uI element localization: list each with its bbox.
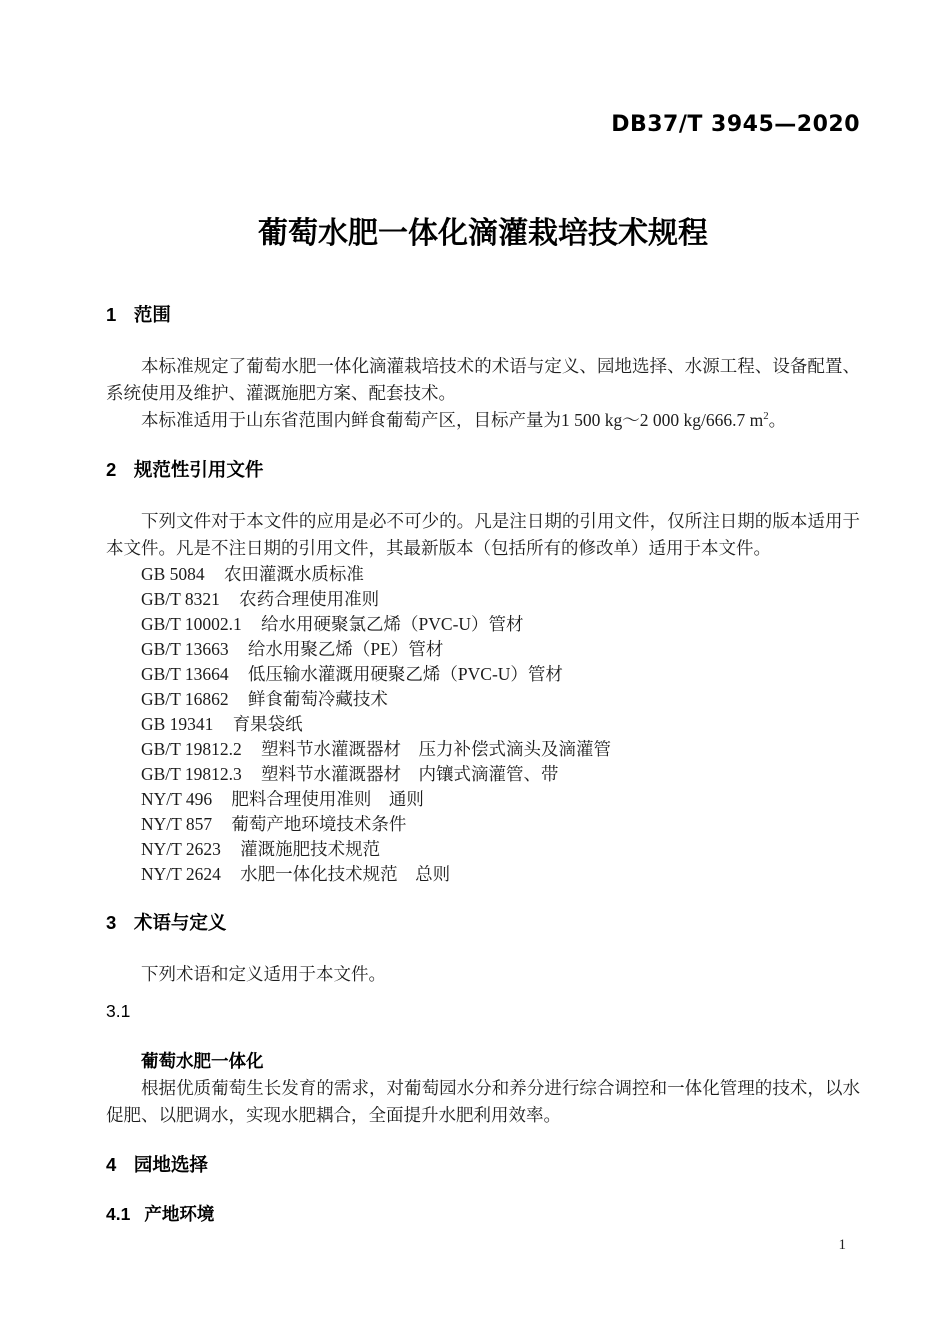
reference-code: GB/T 10002.1 xyxy=(141,614,242,634)
reference-item: GB/T 10002.1给水用硬聚氯乙烯（PVC-U）管材 xyxy=(106,612,860,637)
section-4-heading: 4园地选择 xyxy=(106,1153,860,1177)
scope-paragraph-2-text: 本标准适用于山东省范围内鲜食葡萄产区，目标产量为1 500 kg～2 000 k… xyxy=(141,410,763,430)
reference-item: GB/T 13664低压输水灌溉用硬聚乙烯（PVC-U）管材 xyxy=(106,662,860,687)
section-1-number: 1 xyxy=(106,304,116,325)
clause-3-1-number: 3.1 xyxy=(106,1000,860,1022)
reference-code: GB/T 13664 xyxy=(141,664,229,684)
section-4-number: 4 xyxy=(106,1154,116,1175)
page-content: DB37/T 3945—2020 葡萄水肥一体化滴灌栽培技术规程 1范围 本标准… xyxy=(0,0,950,1225)
section-1-heading: 1范围 xyxy=(106,303,860,327)
reference-item: GB/T 19812.2塑料节水灌溉器材 压力补偿式滴头及滴灌管 xyxy=(106,737,860,762)
reference-code: NY/T 2624 xyxy=(141,864,221,884)
reference-title: 给水用聚乙烯（PE）管材 xyxy=(248,639,443,659)
section-2-number: 2 xyxy=(106,459,116,480)
page-number: 1 xyxy=(839,1236,847,1254)
reference-title: 农田灌溉水质标准 xyxy=(224,564,364,584)
reference-code: GB/T 8321 xyxy=(141,589,220,609)
document-page: DB37/T 3945—2020 葡萄水肥一体化滴灌栽培技术规程 1范围 本标准… xyxy=(0,0,950,1344)
reference-item: GB/T 19812.3塑料节水灌溉器材 内镶式滴灌管、带 xyxy=(106,762,860,787)
reference-title: 葡萄产地环境技术条件 xyxy=(231,814,406,834)
document-title: 葡萄水肥一体化滴灌栽培技术规程 xyxy=(106,215,860,253)
reference-code: GB 5084 xyxy=(141,564,205,584)
section-4-label: 园地选择 xyxy=(134,1154,208,1175)
reference-title: 低压输水灌溉用硬聚乙烯（PVC-U）管材 xyxy=(248,664,563,684)
reference-item: GB 19341育果袋纸 xyxy=(106,712,860,737)
section-3-heading: 3术语与定义 xyxy=(106,911,860,935)
section-2-heading: 2规范性引用文件 xyxy=(106,458,860,482)
clause-4-1-heading: 4.1产地环境 xyxy=(106,1203,860,1225)
reference-code: GB 19341 xyxy=(141,714,213,734)
standard-code: DB37/T 3945—2020 xyxy=(106,0,860,139)
scope-paragraph-2: 本标准适用于山东省范围内鲜食葡萄产区，目标产量为1 500 kg～2 000 k… xyxy=(106,407,860,434)
terms-intro: 下列术语和定义适用于本文件。 xyxy=(106,961,860,988)
reference-item: NY/T 2624水肥一体化技术规范 总则 xyxy=(106,862,860,887)
reference-item: GB/T 13663给水用聚乙烯（PE）管材 xyxy=(106,637,860,662)
reference-title: 塑料节水灌溉器材 压力补偿式滴头及滴灌管 xyxy=(261,739,611,759)
reference-item: NY/T 496肥料合理使用准则 通则 xyxy=(106,787,860,812)
reference-item: NY/T 2623灌溉施肥技术规范 xyxy=(106,837,860,862)
reference-title: 农药合理使用准则 xyxy=(239,589,379,609)
scope-paragraph-2-end: 。 xyxy=(769,410,787,430)
term-definition: 根据优质葡萄生长发育的需求，对葡萄园水分和养分进行综合调控和一体化管理的技术，以… xyxy=(106,1075,860,1129)
clause-4-1-number: 4.1 xyxy=(106,1204,130,1224)
reference-code: NY/T 2623 xyxy=(141,839,221,859)
reference-code: GB/T 16862 xyxy=(141,689,229,709)
reference-item: NY/T 857葡萄产地环境技术条件 xyxy=(106,812,860,837)
reference-title: 鲜食葡萄冷藏技术 xyxy=(248,689,388,709)
clause-4-1-label: 产地环境 xyxy=(144,1204,214,1224)
reference-title: 灌溉施肥技术规范 xyxy=(240,839,380,859)
reference-item: GB/T 16862鲜食葡萄冷藏技术 xyxy=(106,687,860,712)
reference-title: 育果袋纸 xyxy=(233,714,303,734)
reference-item: GB/T 8321农药合理使用准则 xyxy=(106,587,860,612)
references-intro: 下列文件对于本文件的应用是必不可少的。凡是注日期的引用文件，仅所注日期的版本适用… xyxy=(106,508,860,562)
section-3-label: 术语与定义 xyxy=(134,912,227,933)
section-3-number: 3 xyxy=(106,912,116,933)
reference-code: NY/T 496 xyxy=(141,789,212,809)
reference-code: GB/T 19812.2 xyxy=(141,739,242,759)
reference-code: GB/T 19812.3 xyxy=(141,764,242,784)
reference-item: GB 5084农田灌溉水质标准 xyxy=(106,562,860,587)
reference-code: NY/T 857 xyxy=(141,814,212,834)
scope-paragraph-1: 本标准规定了葡萄水肥一体化滴灌栽培技术的术语与定义、园地选择、水源工程、设备配置… xyxy=(106,353,860,407)
reference-code: GB/T 13663 xyxy=(141,639,229,659)
section-1-label: 范围 xyxy=(134,304,171,325)
term-name: 葡萄水肥一体化 xyxy=(106,1048,860,1075)
reference-title: 肥料合理使用准则 通则 xyxy=(231,789,424,809)
reference-title: 塑料节水灌溉器材 内镶式滴灌管、带 xyxy=(261,764,559,784)
reference-title: 水肥一体化技术规范 总则 xyxy=(240,864,450,884)
section-2-label: 规范性引用文件 xyxy=(134,459,264,480)
reference-title: 给水用硬聚氯乙烯（PVC-U）管材 xyxy=(261,614,524,634)
